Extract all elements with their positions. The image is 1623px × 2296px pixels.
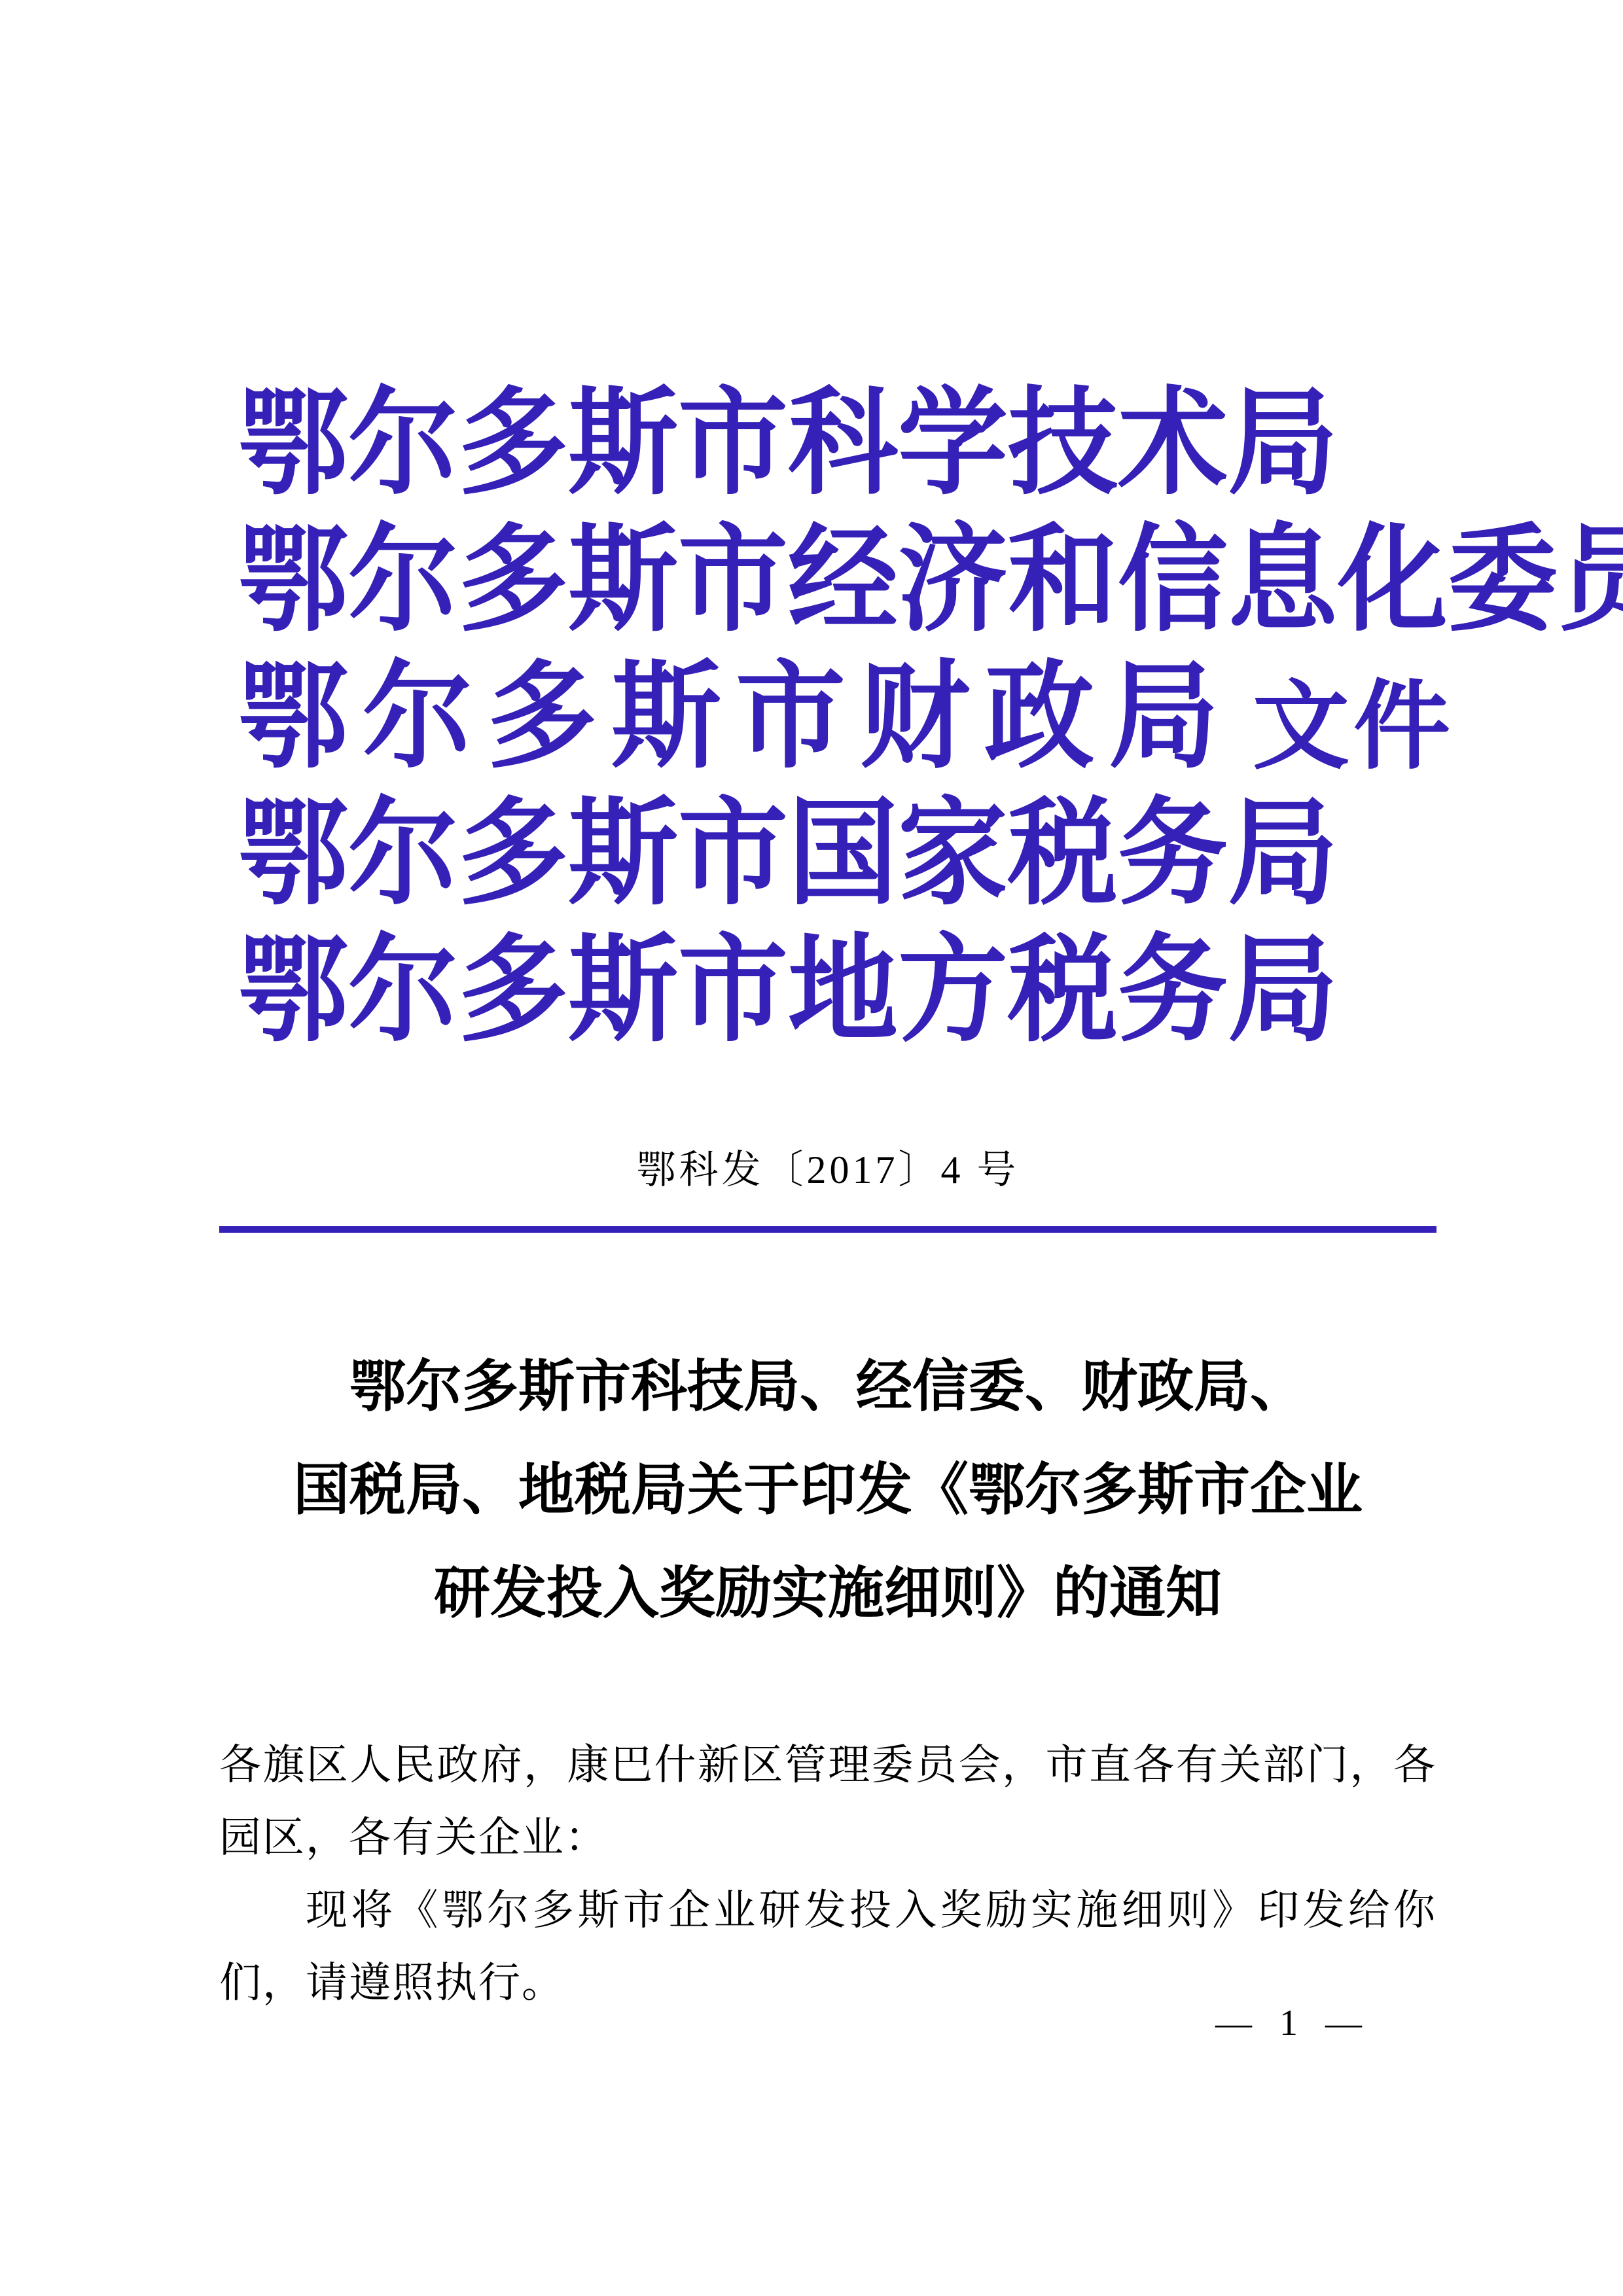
agency-name-char: 学 bbox=[898, 372, 1008, 518]
doc-type-label: 文件 bbox=[1253, 649, 1454, 788]
agency-name-char: 国 bbox=[788, 783, 898, 928]
agency-name-char: 济 bbox=[898, 509, 1008, 654]
agency-name-char: 尔 bbox=[348, 783, 458, 928]
agency-name-char: 市 bbox=[678, 372, 788, 518]
document-title-line-3: 研发投入奖励实施细则》的通知 bbox=[219, 1542, 1436, 1645]
agency-name-char: 和 bbox=[1008, 509, 1118, 654]
agency-name-char: 科 bbox=[788, 372, 898, 518]
letterhead: 鄂尔多斯市科学技术局 鄂尔多斯市经济和信息化委员会 鄂尔多斯市财政局 鄂尔多斯市… bbox=[238, 376, 1410, 1060]
agency-name-char: 斯 bbox=[611, 646, 721, 791]
agency-name-char: 务 bbox=[1118, 919, 1228, 1065]
agency-name-char: 市 bbox=[736, 646, 846, 791]
document-page: 鄂尔多斯市科学技术局 鄂尔多斯市经济和信息化委员会 鄂尔多斯市财政局 鄂尔多斯市… bbox=[0, 0, 1623, 2296]
document-title-line-1: 鄂尔多斯市科技局、经信委、财政局、 bbox=[219, 1335, 1436, 1438]
agency-name-finance-bureau: 鄂尔多斯市财政局 bbox=[238, 646, 1219, 791]
document-title: 鄂尔多斯市科技局、经信委、财政局、 国税局、地税局关于印发《鄂尔多斯市企业 研发… bbox=[219, 1335, 1436, 1645]
agency-name-char: 尔 bbox=[363, 646, 473, 791]
agency-name-char: 市 bbox=[678, 783, 788, 928]
agency-name-char: 鄂 bbox=[238, 919, 348, 1065]
agency-name-state-tax-bureau: 鄂尔多斯市国家税务局 bbox=[238, 783, 1219, 928]
agency-name-char: 尔 bbox=[348, 509, 458, 654]
agency-name-char: 化 bbox=[1338, 509, 1448, 654]
agency-name-char: 经 bbox=[788, 509, 898, 654]
agency-name-char: 尔 bbox=[348, 372, 458, 518]
letterhead-rule bbox=[219, 1226, 1436, 1233]
agency-name-char: 委 bbox=[1448, 509, 1558, 654]
agency-name-char: 局 bbox=[1228, 783, 1338, 928]
agency-name-char: 斯 bbox=[568, 783, 678, 928]
agency-name-char: 鄂 bbox=[238, 783, 348, 928]
agency-name-char: 税 bbox=[1008, 919, 1118, 1065]
agency-name-char: 斯 bbox=[568, 372, 678, 518]
agency-name-economy-information-commission: 鄂尔多斯市经济和信息化委员会 bbox=[238, 509, 1219, 654]
agency-name-char: 多 bbox=[458, 783, 568, 928]
agency-name-char: 税 bbox=[1008, 783, 1118, 928]
agency-name-char: 务 bbox=[1118, 783, 1228, 928]
agency-name-char: 鄂 bbox=[238, 372, 348, 518]
agency-name-char: 鄂 bbox=[238, 509, 348, 654]
paragraph-notice: 现将《鄂尔多斯市企业研发投入奖励实施细则》印发给你们，请遵照执行。 bbox=[219, 1874, 1436, 2019]
agency-name-char: 多 bbox=[458, 919, 568, 1065]
agency-name-char: 术 bbox=[1118, 372, 1228, 518]
agency-name-char: 多 bbox=[487, 646, 597, 791]
agency-name-char: 方 bbox=[898, 919, 1008, 1065]
agency-name-char: 局 bbox=[1228, 919, 1338, 1065]
agency-name-char: 员 bbox=[1558, 509, 1623, 654]
agency-name-char: 局 bbox=[1109, 646, 1219, 791]
agency-name-char: 鄂 bbox=[238, 646, 348, 791]
document-body: 各旗区人民政府，康巴什新区管理委员会，市直各有关部门，各园区，各有关企业： 现将… bbox=[219, 1729, 1436, 2019]
agency-name-char: 技 bbox=[1008, 372, 1118, 518]
agency-name-char: 市 bbox=[678, 509, 788, 654]
agency-name-char: 多 bbox=[458, 509, 568, 654]
document-title-line-2: 国税局、地税局关于印发《鄂尔多斯市企业 bbox=[219, 1438, 1436, 1542]
page-number: — 1 — bbox=[1215, 2005, 1371, 2041]
agency-name-char: 局 bbox=[1228, 372, 1338, 518]
agency-name-char: 斯 bbox=[568, 509, 678, 654]
doc-number: 鄂科发〔2017〕4 号 bbox=[219, 1146, 1436, 1193]
agency-name-char: 地 bbox=[788, 919, 898, 1065]
agency-name-char: 息 bbox=[1228, 509, 1338, 654]
agency-name-char: 尔 bbox=[348, 919, 458, 1065]
agency-name-char: 政 bbox=[984, 646, 1094, 791]
agency-name-char: 斯 bbox=[568, 919, 678, 1065]
agency-name-char: 财 bbox=[860, 646, 970, 791]
agency-name-char: 家 bbox=[898, 783, 1008, 928]
paragraph-recipients: 各旗区人民政府，康巴什新区管理委员会，市直各有关部门，各园区，各有关企业： bbox=[219, 1729, 1436, 1874]
agency-name-science-tech-bureau: 鄂尔多斯市科学技术局 bbox=[238, 372, 1219, 518]
agency-name-char: 多 bbox=[458, 372, 568, 518]
agency-name-list: 鄂尔多斯市科学技术局 鄂尔多斯市经济和信息化委员会 鄂尔多斯市财政局 鄂尔多斯市… bbox=[238, 376, 1219, 1060]
agency-name-char: 市 bbox=[678, 919, 788, 1065]
agency-name-char: 信 bbox=[1118, 509, 1228, 654]
agency-name-local-tax-bureau: 鄂尔多斯市地方税务局 bbox=[238, 919, 1219, 1065]
